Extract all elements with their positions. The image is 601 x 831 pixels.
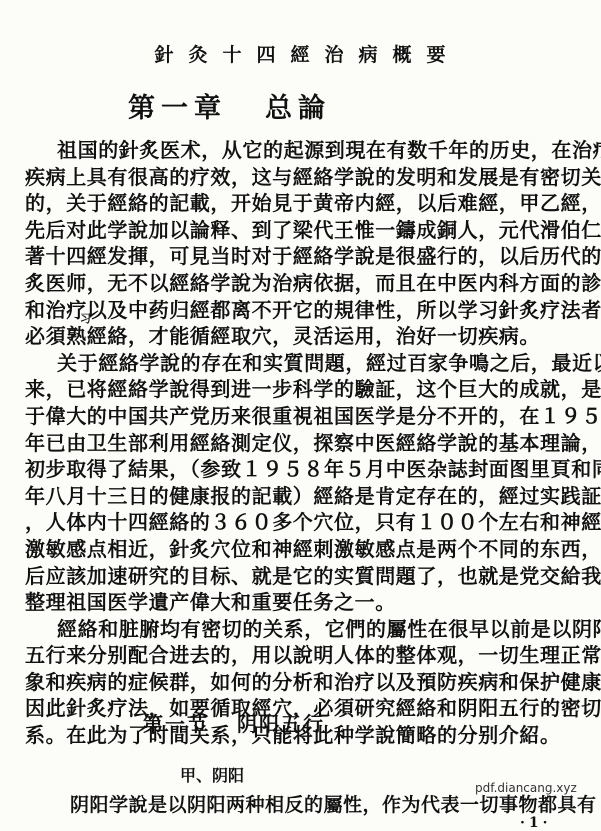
text-line: 先后对此学說加以論释、到了梁代王惟一鑄成銅人，元代滑伯仁更 (25, 217, 575, 244)
page-number: ·1· (520, 815, 552, 831)
chapter-name: 总論 (265, 93, 331, 124)
handwritten-annotation: 习 (80, 310, 91, 326)
text-line: 五行来分别配合进去的，用以說明人体的整体观，一切生理正常現 (25, 642, 575, 669)
text-line: 的，关于經絡的記載，开始見于黄帝内經，以后难經，甲乙經，又 (25, 190, 575, 217)
text-line: 必須熟經絡，才能循經取穴，灵活运用，治好一切疾病。 (25, 323, 575, 350)
chapter-title: 第一章总論 (128, 86, 331, 125)
section-name: 阴阳五行 (237, 712, 325, 736)
text-line: 著十四經发揮，可見当时对于經絡学說是很盛行的，以后历代的針 (25, 243, 575, 270)
chapter-body: 祖国的針炙医术，从它的起源到現在有数千年的历史，在治疗 疾病上具有很高的疗效，这… (25, 137, 575, 749)
text-line: 关于經絡学說的存在和实質問題，經过百家争鳴之后，最近以 (25, 350, 575, 377)
text-line: 和治疗以及中药归經都离不开它的規律性，所以学习針炙疗法者， (25, 297, 575, 324)
text-line: 激敏感点相近，針炙穴位和神經刺激敏感点是两个不同的东西，今 (25, 536, 575, 563)
text-line: 祖国的針炙医术，从它的起源到現在有数千年的历史，在治疗 (25, 137, 575, 164)
text-line: 来，已将經絡学說得到进一步科学的驗証，这个巨大的成就，是由 (25, 376, 575, 403)
text-line: 后应該加速研究的目标、就是它的实質問題了，也就是党交給我們 (25, 563, 575, 590)
text-line: 年已由卫生部利用經絡測定仪，探察中医經絡学說的基本理論，已 (25, 430, 575, 457)
text-line: 經絡和脏腑均有密切的关系，它們的屬性在很早以前是以阴阳 (25, 616, 575, 643)
book-title: 針灸十四經治病概要 (0, 40, 601, 67)
text-line: 于偉大的中国共产党历来很重視祖国医学是分不开的，在１９５８ (25, 403, 575, 430)
text-line: 年八月十三日的健康报的記載）經絡是肯定存在的，經过实践証明 (25, 483, 575, 510)
section-title: 第一节阴阳五行 (143, 708, 325, 737)
text-line: 初步取得了結果，（参致１９５８年５月中医杂誌封面图里頁和同 (25, 456, 575, 483)
text-line: ，人体内十四經絡的３６０多个穴位，只有１００个左右和神經刺 (25, 509, 575, 536)
text-line: 炙医师，无不以經絡学說为治病依据，而且在中医内科方面的診断 (25, 270, 575, 297)
text-line: 阴阳学說是以阴阳两种相反的屬性，作为代表一切事物都具有 (70, 790, 597, 817)
scanned-page: 針灸十四經治病概要 第一章总論 祖国的針炙医术，从它的起源到現在有数千年的历史，… (0, 0, 601, 831)
subsection-title: 甲、阴阳 (180, 763, 244, 786)
chapter-number: 第一章 (128, 93, 227, 124)
text-line: 整理祖国医学遺产偉大和重要任务之一。 (25, 589, 575, 616)
text-line: 象和疾病的症候群，如何的分析和治疗以及預防疾病和保护健康， (25, 669, 575, 696)
section-number: 第一节 (143, 712, 209, 736)
text-line: 疾病上具有很高的疗效，这与經絡学說的发明和发展是有密切关系 (25, 164, 575, 191)
